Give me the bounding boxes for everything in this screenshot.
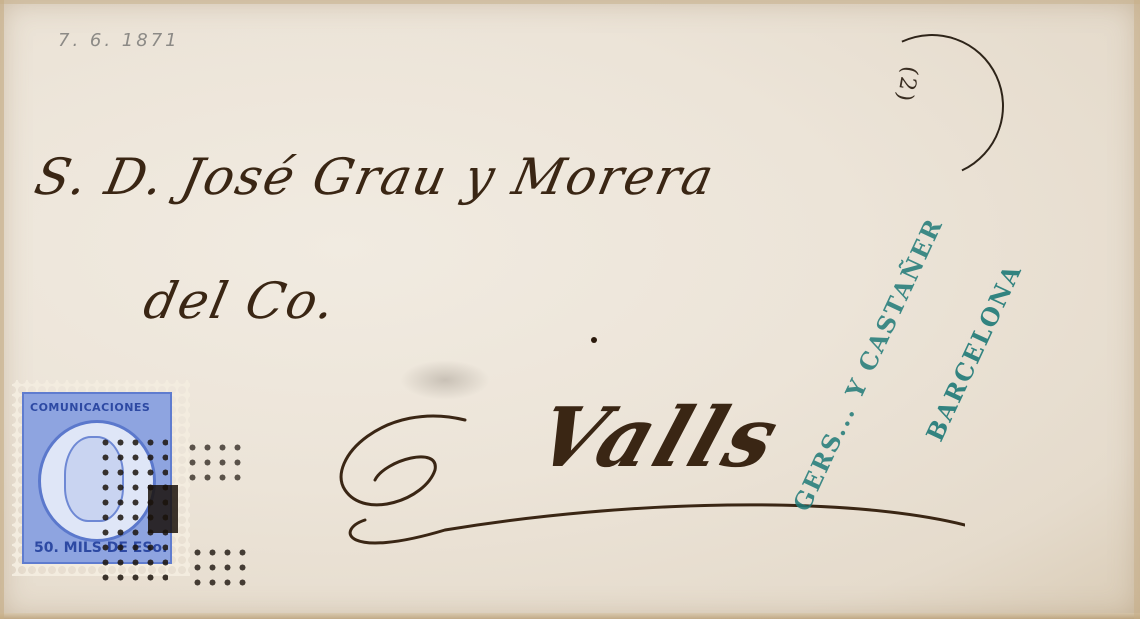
- address-recipient: S. D. José Grau y Morera: [30, 148, 720, 206]
- envelope-edge-top: [0, 0, 1140, 4]
- pencil-date-note: 7. 6. 1871: [58, 30, 180, 51]
- envelope-edge-left: [0, 0, 4, 619]
- cancellation-numeral-block: [148, 485, 178, 533]
- ink-smudge: [400, 360, 490, 400]
- dotted-cancellation: [190, 545, 250, 590]
- dotted-cancellation: [185, 440, 245, 485]
- envelope-edge-right: [1134, 0, 1140, 619]
- sender-cachet-line2: BARCELONA: [920, 259, 1028, 446]
- stamp-top-text: COMUNICACIONES: [30, 401, 150, 414]
- address-city: Valls: [524, 390, 793, 486]
- circular-postmark: [840, 14, 1025, 199]
- address-line2: del Co.: [139, 272, 342, 330]
- envelope-edge-bottom: [0, 613, 1140, 619]
- ink-dot: [591, 337, 597, 343]
- envelope: 7. 6. 1871 (2) S. D. José Grau y Morera …: [0, 0, 1140, 619]
